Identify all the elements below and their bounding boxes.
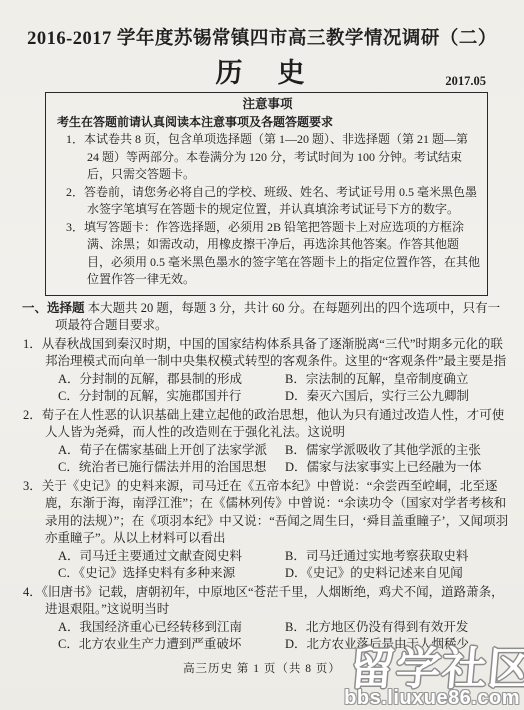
question-2-text: 荀子在人性恶的认识基础上建立起他的政治思想，他认为只有通过改造人性，才可使人人皆…: [42, 408, 505, 440]
question-2-number: 2．: [23, 408, 42, 422]
question-4-options: A．我国经济重心已经转移到江南 B．北方地区仍没有得到有效开发 C．北方农业生产…: [0, 619, 524, 654]
notice-box: 注意事项 考生在答题前请认真阅读本注意事项及各题答题要求 1．本试卷共 8 页，…: [45, 92, 488, 296]
notice-item-3-text: 填写答题卡：作答选择题，必须用 2B 铅笔把答题卡上对应选项的方框涂满、涂黑；如…: [84, 220, 480, 287]
question-1-option-a: A．分封制的瓦解，郡县制的形成: [58, 371, 285, 389]
exam-paper-page: 2016-2017 学年度苏锡常镇四市高三教学情况调研（二） 历 史 2017.…: [0, 0, 524, 710]
question-2-option-a: A．荀子在儒家基础上开创了法家学派: [58, 442, 285, 460]
notice-heading: 注意事项: [54, 96, 481, 114]
question-4: 4．《旧唐书》记载，唐朝初年，中原地区“苍茫千里，人烟断绝，鸡犬不闻，道路萧条，…: [0, 584, 524, 654]
page-title: 2016-2017 学年度苏锡常镇四市高三教学情况调研（二）: [0, 0, 524, 53]
notice-item-2-text: 答卷前，请您务必将自己的学校、班级、姓名、考试证号用 0.5 毫米黑色墨水签字笔…: [84, 185, 477, 217]
notice-item-3: 3．填写答题卡：作答选择题，必须用 2B 铅笔把答题卡上对应选项的方框涂满、涂黑…: [54, 219, 481, 289]
question-3-stem: 3．关于《史记》的史料来源，司马迁在《五帝本纪》中曾说：“余尝西至崆峒，北至逐鹿…: [0, 478, 512, 548]
question-2-stem: 2．荀子在人性恶的认识基础上建立起他的政治思想，他认为只有通过改造人性，才可使人…: [0, 407, 512, 442]
question-4-number: 4．: [23, 585, 42, 599]
question-1-option-d: D．秦灭六国后，实行三公九卿制: [285, 388, 524, 406]
question-1-option-b: B．宗法制的瓦解，皇帝制度确立: [285, 371, 524, 389]
section-description: 本大题共 20 题，每题 3 分，共计 60 分。在每题列出的四个选项中，只有一…: [55, 301, 500, 333]
question-4-option-c: C．北方农业生产力遭到严重破坏: [58, 636, 285, 654]
notice-item-3-number: 3．: [66, 220, 84, 234]
notice-intro: 考生在答题前请认真阅读本注意事项及各题答题要求: [54, 114, 481, 132]
page-footer: 高三历史 第 1 页（共 8 页）: [0, 660, 524, 676]
notice-item-2: 2．答卷前，请您务必将自己的学校、班级、姓名、考试证号用 0.5 毫米黑色墨水签…: [54, 184, 481, 219]
watermark-url: bbs.liuxue86.com: [344, 687, 524, 710]
question-3-number: 3．: [23, 479, 42, 493]
question-1-number: 1．: [23, 337, 42, 351]
question-3-options: A．司马迁主要通过文献查阅史料 B．司马迁通过实地考察获取史料 C．《史记》选择…: [0, 548, 524, 583]
question-3-text: 关于《史记》的史料来源，司马迁在《五帝本纪》中曾说：“余尝西至崆峒，北至逐鹿，东…: [42, 479, 508, 546]
subject-title: 历 史: [216, 58, 309, 88]
exam-date: 2017.05: [445, 74, 486, 89]
question-4-text: 《旧唐书》记载，唐朝初年，中原地区“苍茫千里，人烟断绝，鸡犬不闻，道路萧条，进退…: [42, 585, 504, 617]
question-1-text: 从春秋战国到秦汉时期，中国的国家结构体系具备了逐渐脱离“三代”时期多元化的联邦治…: [42, 337, 506, 369]
question-3: 3．关于《史记》的史料来源，司马迁在《五帝本纪》中曾说：“余尝西至崆峒，北至逐鹿…: [0, 478, 524, 583]
question-3-option-d: D．《史记》的史料记述来自见闻: [285, 565, 524, 583]
question-1-stem: 1．从春秋战国到秦汉时期，中国的国家结构体系具备了逐渐脱离“三代”时期多元化的联…: [0, 336, 512, 371]
question-2-option-d: D．儒家与法家事实上已经融为一体: [285, 459, 524, 477]
question-1: 1．从春秋战国到秦汉时期，中国的国家结构体系具备了逐渐脱离“三代”时期多元化的联…: [0, 336, 524, 406]
question-1-options: A．分封制的瓦解，郡县制的形成 B．宗法制的瓦解，皇帝制度确立 C．分封制的瓦解…: [0, 371, 524, 406]
question-3-option-c: C．《史记》选择史料有多种来源: [58, 565, 285, 583]
notice-item-1: 1．本试卷共 8 页，包含单项选择题（第 1—20 题）、非选择题（第 21 题…: [54, 131, 481, 184]
subject-row: 历 史 2017.05: [0, 55, 524, 92]
section-label: 一、选择题: [22, 301, 85, 315]
question-1-option-c: C．分封制的瓦解，实施郡国并行: [58, 388, 285, 406]
question-2-option-b: B．儒家学派吸收了其他学派的主张: [285, 442, 524, 460]
question-4-stem: 4．《旧唐书》记载，唐朝初年，中原地区“苍茫千里，人烟断绝，鸡犬不闻，道路萧条，…: [0, 584, 512, 619]
question-2: 2．荀子在人性恶的认识基础上建立起他的政治思想，他认为只有通过改造人性，才可使人…: [0, 407, 524, 477]
notice-item-1-number: 1．: [66, 132, 84, 146]
question-3-option-a: A．司马迁主要通过文献查阅史料: [58, 548, 285, 566]
question-2-option-c: C．统治者已施行儒法并用的治国思想: [58, 459, 285, 477]
notice-item-1-text: 本试卷共 8 页，包含单项选择题（第 1—20 题）、非选择题（第 21 题—第…: [84, 132, 468, 181]
section-heading: 一、选择题 本大题共 20 题，每题 3 分，共计 60 分。在每题列出的四个选…: [0, 300, 510, 335]
question-3-option-b: B．司马迁通过实地考察获取史料: [285, 548, 524, 566]
question-4-option-d: D．北方农业落后是由于人烟稀少: [285, 636, 524, 654]
watermark: 留学社区 bbs.liuxue86.com: [344, 648, 524, 710]
question-4-option-a: A．我国经济重心已经转移到江南: [58, 619, 285, 637]
question-2-options: A．荀子在儒家基础上开创了法家学派 B．儒家学派吸收了其他学派的主张 C．统治者…: [0, 442, 524, 477]
notice-item-2-number: 2．: [66, 185, 84, 199]
question-4-option-b: B．北方地区仍没有得到有效开发: [285, 619, 524, 637]
